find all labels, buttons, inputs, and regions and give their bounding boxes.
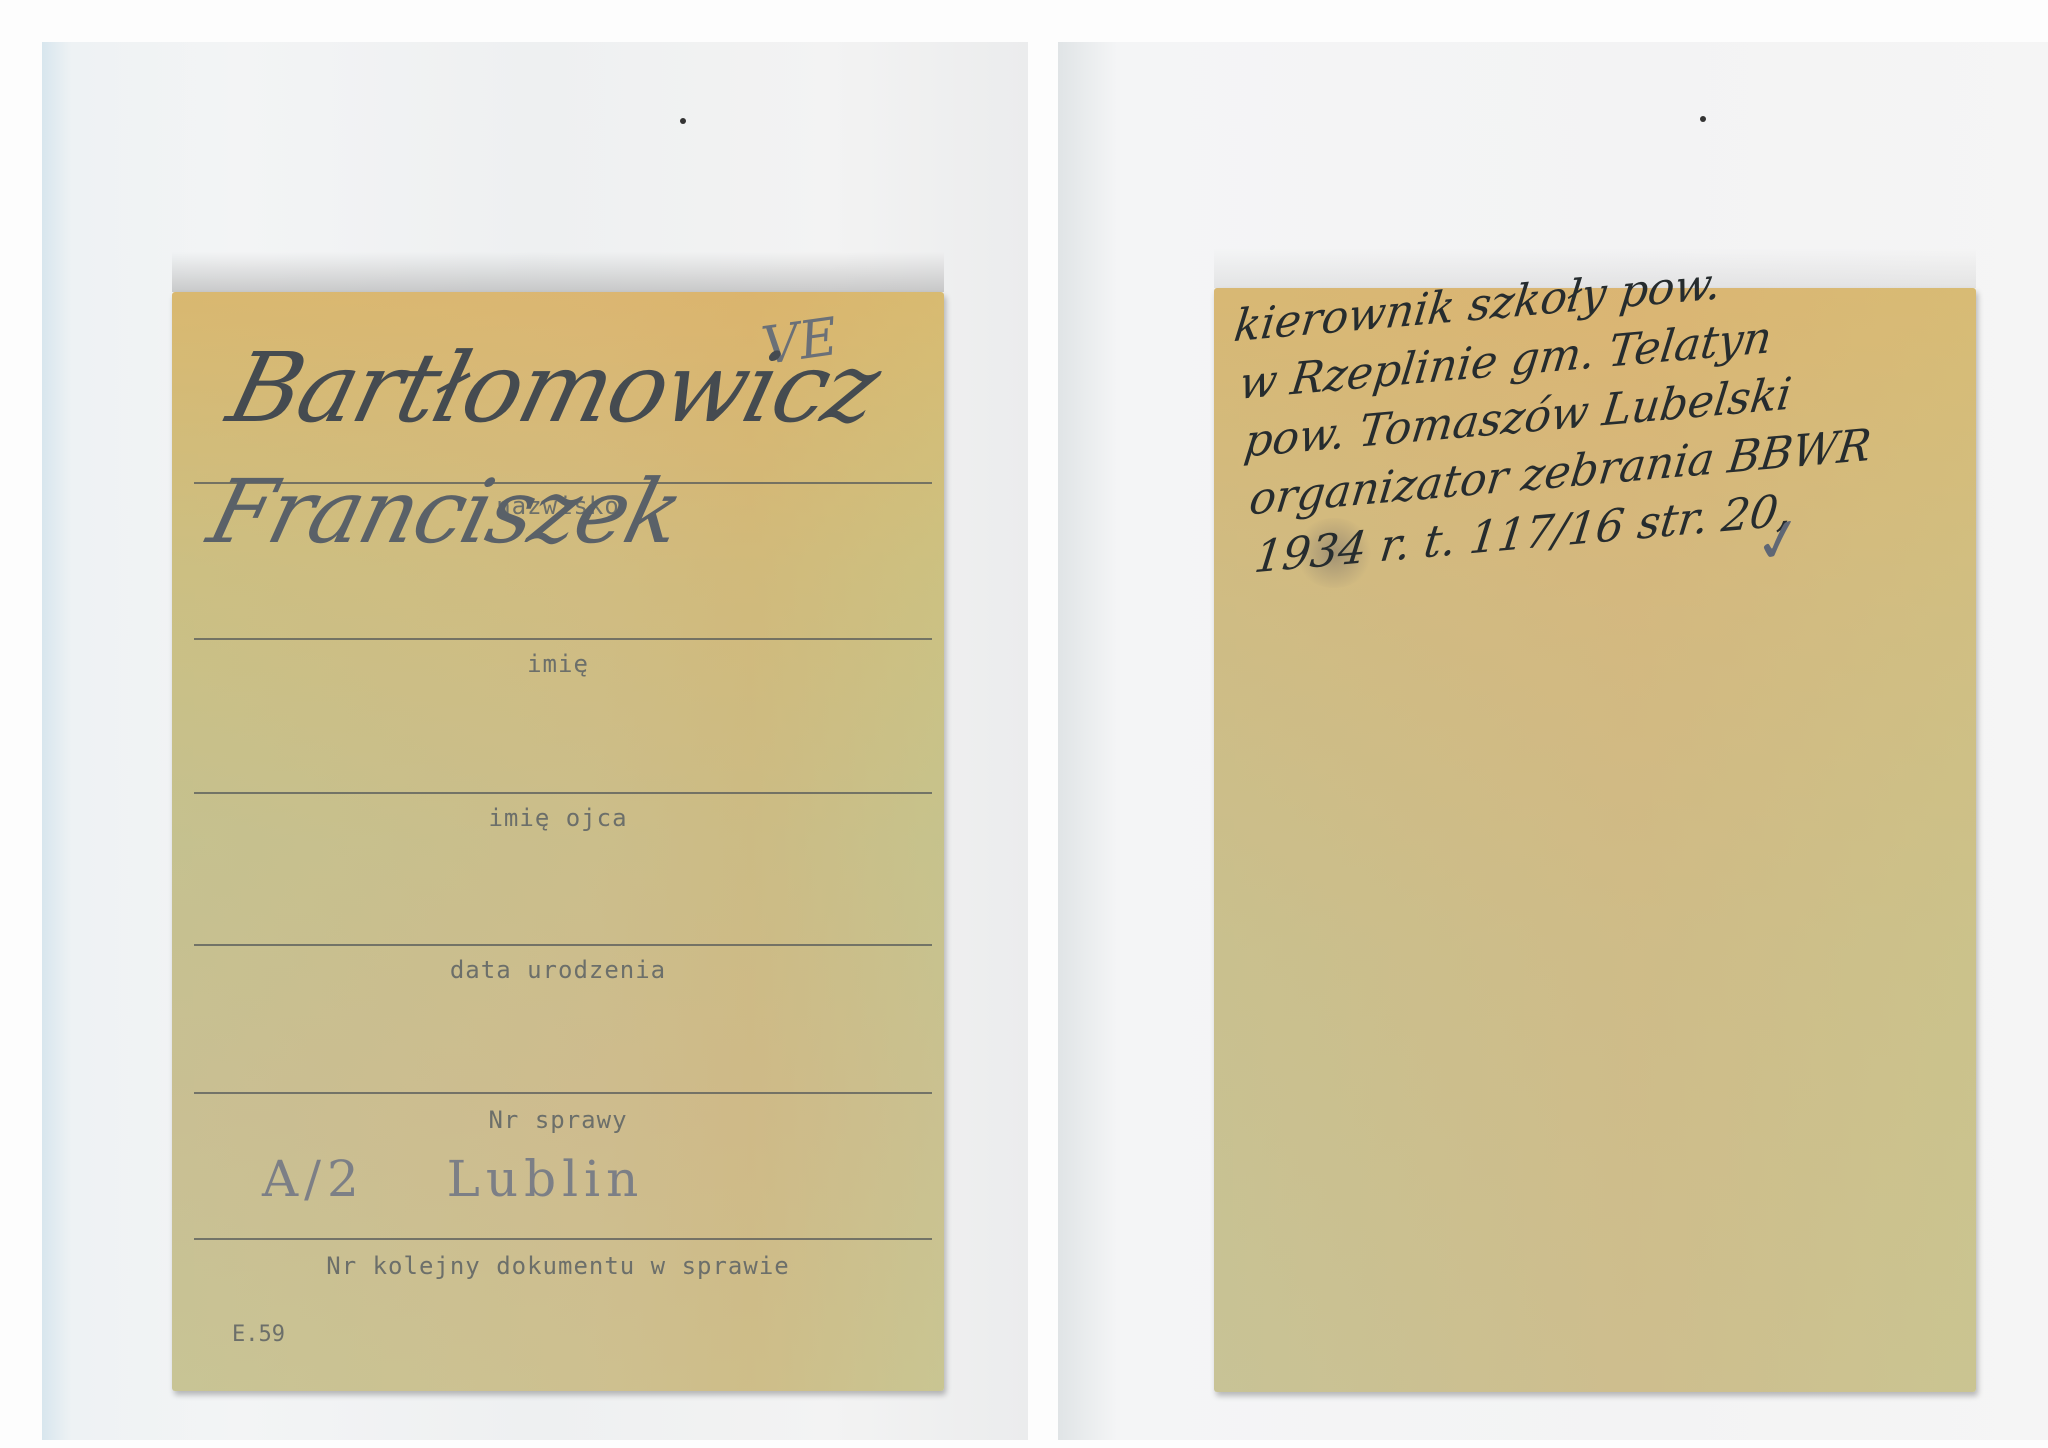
case-number-prefix: A/2 (262, 1150, 365, 1208)
field-rule (194, 638, 932, 640)
case-number-stamp: A/2 Lublin (262, 1150, 644, 1208)
dust-speck (680, 118, 686, 124)
index-card-front: VE Bartłomowicz nazwisko Franciszek imię… (172, 292, 944, 1391)
index-card-back: kierownik szkoły pow. w Rzeplinie gm. Te… (1214, 288, 1976, 1392)
field-rule (194, 1238, 932, 1240)
card-shadow (172, 252, 944, 292)
field-rule (194, 944, 932, 946)
field-rule (194, 792, 932, 794)
form-code: E.59 (232, 1322, 285, 1347)
firstname-value: Franciszek (199, 460, 691, 563)
document-number-label: Nr kolejny dokumentu w sprawie (172, 1252, 944, 1280)
field-rule (194, 1092, 932, 1094)
dust-speck (1700, 116, 1706, 122)
case-number-city: Lublin (447, 1150, 645, 1208)
firstname-label: imię (172, 650, 944, 678)
father-name-label: imię ojca (172, 804, 944, 832)
birth-date-label: data urodzenia (172, 956, 944, 984)
case-number-label: Nr sprawy (172, 1106, 944, 1134)
surname-value: Bartłomowicz (218, 332, 889, 444)
